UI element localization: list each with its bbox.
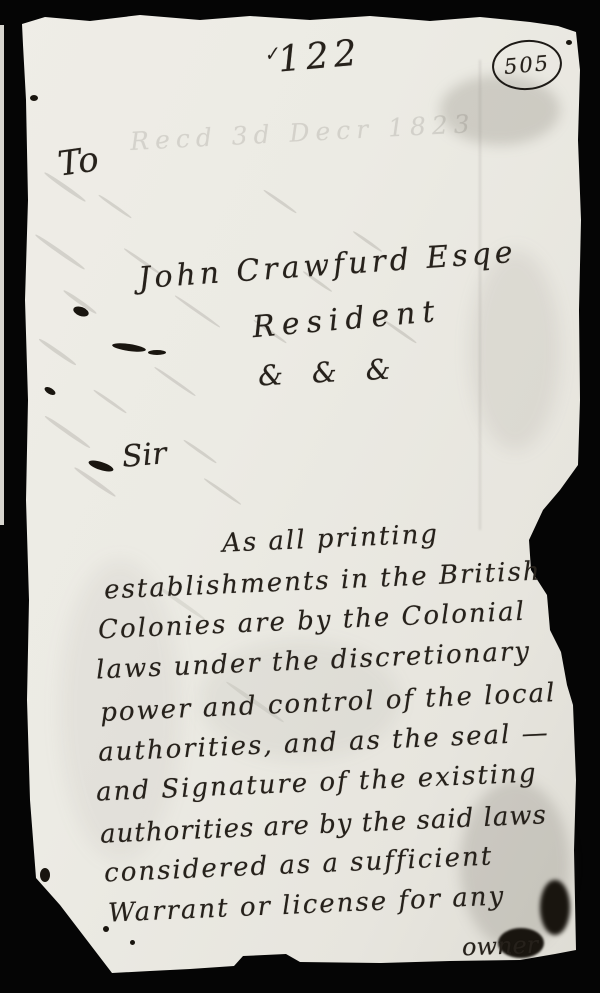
page-number: 122 (276, 32, 363, 80)
folio-number: 505 (503, 51, 551, 79)
stain (470, 250, 560, 450)
ink-blot (148, 350, 166, 355)
ink-blot (540, 880, 570, 935)
catchword: owner (462, 931, 539, 962)
adjacent-page-edge (0, 25, 4, 525)
ink-blot (130, 940, 135, 945)
to-flourish: To (55, 139, 101, 184)
etc-marks: & & & (257, 353, 391, 393)
document-scan: ✓ 122 505 Recd 3d Decr 1823 To John Craw… (0, 0, 600, 993)
salutation: Sir (121, 436, 168, 475)
ink-blot (40, 868, 50, 882)
ink-blot (566, 40, 572, 45)
ink-blot (30, 95, 38, 101)
